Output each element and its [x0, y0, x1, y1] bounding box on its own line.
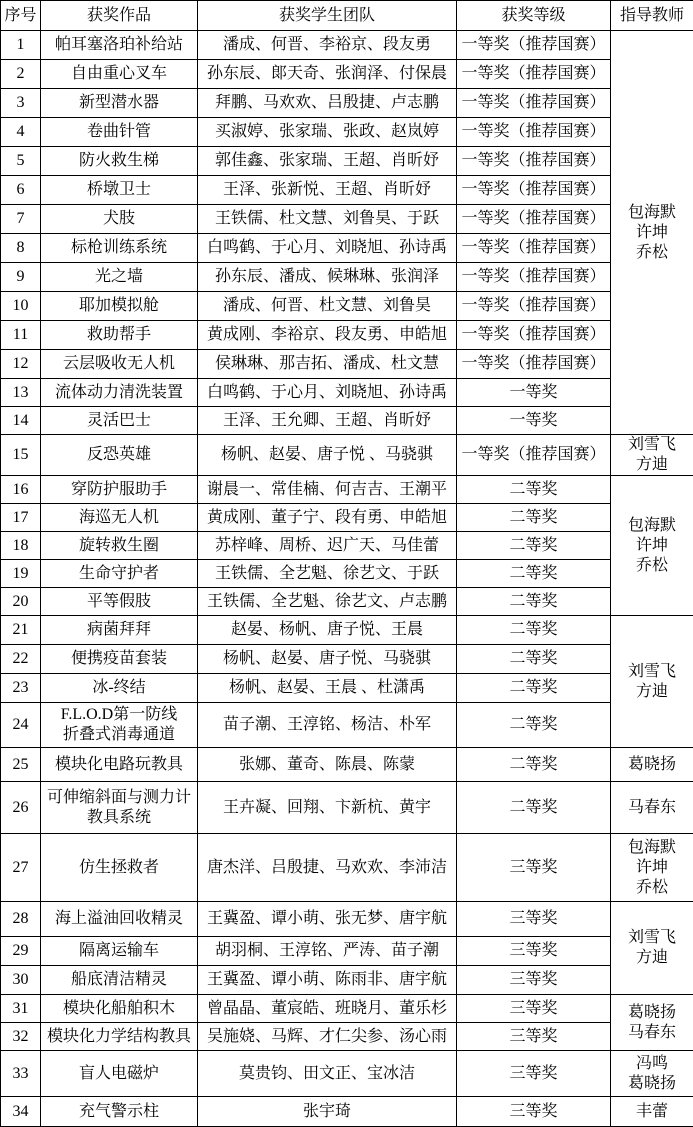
team-cell: 杨帆、赵晏、唐子悦 、马骁骐 [198, 435, 457, 476]
row-number-cell: 4 [1, 118, 41, 147]
team-cell: 唐杰洋、吕殷捷、马欢欢、李沛洁 [198, 834, 457, 902]
award-cell: 一等奖（推荐国赛） [457, 292, 611, 321]
team-cell: 莫贵钧、田文正、宝冰洁 [198, 1051, 457, 1097]
table-row: 34充气警示柱张宇琦三等奖丰蕾 [1, 1097, 693, 1127]
table-row: 18旋转救生圈苏梓峰、周桥、迟广天、马佳蕾二等奖 [1, 532, 693, 560]
table-row: 13流体动力清洗装置白鸣鹤、于心月、刘晓旭、孙诗禹一等奖 [1, 379, 693, 407]
work-cell: 自由重心叉车 [41, 60, 198, 89]
table-row: 28海上溢油回收精灵王冀盈、谭小萌、张无梦、唐宇航三等奖刘雪飞 方迪 [1, 902, 693, 937]
work-cell: 新型潜水器 [41, 89, 198, 118]
table-row: 21病菌拜拜赵晏、杨帆、唐子悦、王晨二等奖刘雪飞 方迪 [1, 616, 693, 645]
row-number-cell: 21 [1, 616, 41, 645]
row-number-cell: 15 [1, 435, 41, 476]
work-cell: 仿生拯救者 [41, 834, 198, 902]
table-row: 2自由重心叉车孙东辰、郞天奇、张润泽、付保晨一等奖（推荐国赛） [1, 60, 693, 89]
award-cell: 二等奖 [457, 748, 611, 782]
row-number-cell: 16 [1, 476, 41, 504]
team-cell: 苗子潮、王淳铭、杨洁、朴军 [198, 703, 457, 748]
teacher-cell: 包海默 许坤 乔松 [611, 31, 693, 435]
team-cell: 侯琳琳、那吉拓、潘成、杜文慧 [198, 350, 457, 379]
teacher-cell: 冯鸣 葛晓扬 [611, 1051, 693, 1097]
row-number-cell: 28 [1, 902, 41, 937]
team-cell: 王铁儒、全艺魁、徐艺文、卢志鹏 [198, 588, 457, 616]
row-number-cell: 27 [1, 834, 41, 902]
team-cell: 曾晶晶、董宸皓、班晓月、董乐杉 [198, 995, 457, 1023]
table-row: 4卷曲针管买淑婷、张家瑞、张政、赵岚婷一等奖（推荐国赛） [1, 118, 693, 147]
team-cell: 吴施娆、马辉、才仁尖参、汤心雨 [198, 1023, 457, 1051]
teacher-cell: 丰蕾 [611, 1097, 693, 1127]
row-number-cell: 3 [1, 89, 41, 118]
row-number-cell: 2 [1, 60, 41, 89]
team-cell: 张娜、董奇、陈晨、陈蒙 [198, 748, 457, 782]
row-number-cell: 11 [1, 321, 41, 350]
table-row: 9光之墙孙东辰、潘成、候琳琳、张润泽一等奖（推荐国赛） [1, 263, 693, 292]
row-number-cell: 31 [1, 995, 41, 1023]
team-cell: 王冀盈、谭小萌、陈雨非、唐宇航 [198, 966, 457, 995]
teacher-cell: 包海默 许坤 乔松 [611, 834, 693, 902]
team-cell: 黄成刚、董子宁、段有勇、申皓旭 [198, 504, 457, 532]
teacher-cell: 包海默 许坤 乔松 [611, 476, 693, 616]
award-cell: 二等奖 [457, 616, 611, 645]
team-cell: 孙东辰、潘成、候琳琳、张润泽 [198, 263, 457, 292]
row-number-cell: 20 [1, 588, 41, 616]
work-cell: 反恐英雄 [41, 435, 198, 476]
header-row: 序号 获奖作品 获奖学生团队 获奖等级 指导教师 [1, 1, 693, 31]
teacher-cell: 马春东 [611, 782, 693, 834]
award-cell: 一等奖（推荐国赛） [457, 205, 611, 234]
team-cell: 王泽、王允卿、王超、肖昕妤 [198, 407, 457, 435]
team-cell: 王铁儒、杜文慧、刘鲁昊、于跃 [198, 205, 457, 234]
team-cell: 白鸣鹤、于心月、刘晓旭、孙诗禹 [198, 379, 457, 407]
work-cell: 病菌拜拜 [41, 616, 198, 645]
row-number-cell: 19 [1, 560, 41, 588]
award-cell: 一等奖（推荐国赛） [457, 263, 611, 292]
row-number-cell: 25 [1, 748, 41, 782]
table-row: 14灵活巴士王泽、王允卿、王超、肖昕妤一等奖 [1, 407, 693, 435]
award-cell: 一等奖（推荐国赛） [457, 435, 611, 476]
team-cell: 杨帆、赵晏、王晨 、杜潇禹 [198, 674, 457, 703]
table-row: 26可伸缩斜面与测力计 教具系统王卉凝、回翔、卞新杭、黄宇二等奖马春东 [1, 782, 693, 834]
award-cell: 二等奖 [457, 703, 611, 748]
award-cell: 一等奖（推荐国赛） [457, 350, 611, 379]
work-cell: 流体动力清洗装置 [41, 379, 198, 407]
row-number-cell: 12 [1, 350, 41, 379]
table-row: 31模块化船舶积木曾晶晶、董宸皓、班晓月、董乐杉三等奖葛晓扬 马春东 [1, 995, 693, 1023]
work-cell: 模块化船舶积木 [41, 995, 198, 1023]
team-cell: 孙东辰、郞天奇、张润泽、付保晨 [198, 60, 457, 89]
work-cell: 光之墙 [41, 263, 198, 292]
award-cell: 一等奖 [457, 379, 611, 407]
award-cell: 三等奖 [457, 1097, 611, 1127]
work-cell: 生命守护者 [41, 560, 198, 588]
award-cell: 二等奖 [457, 674, 611, 703]
table-row: 8标枪训练系统白鸣鹤、于心月、刘晓旭、孙诗禹一等奖（推荐国赛） [1, 234, 693, 263]
row-number-cell: 30 [1, 966, 41, 995]
row-number-cell: 34 [1, 1097, 41, 1127]
row-number-cell: 6 [1, 176, 41, 205]
table-row: 22便携疫苗套装杨帆、赵晏、唐子悦、马骁骐二等奖 [1, 645, 693, 674]
work-cell: 冰-终结 [41, 674, 198, 703]
table-row: 32模块化力学结构教具吴施娆、马辉、才仁尖参、汤心雨三等奖 [1, 1023, 693, 1051]
table-row: 6桥墩卫士王泽、张新悦、王超、肖昕妤一等奖（推荐国赛） [1, 176, 693, 205]
row-number-cell: 24 [1, 703, 41, 748]
award-cell: 一等奖（推荐国赛） [457, 147, 611, 176]
work-cell: 耶加模拟舱 [41, 292, 198, 321]
work-cell: 救助帮手 [41, 321, 198, 350]
team-cell: 胡羽桐、王淳铭、严涛、苗子潮 [198, 937, 457, 966]
table-row: 16穿防护服助手谢晨一、常佳楠、何吉吉、王潮平二等奖包海默 许坤 乔松 [1, 476, 693, 504]
work-cell: 海巡无人机 [41, 504, 198, 532]
teacher-cell: 葛晓扬 马春东 [611, 995, 693, 1051]
award-cell: 三等奖 [457, 902, 611, 937]
award-cell: 三等奖 [457, 966, 611, 995]
work-cell: 犬肢 [41, 205, 198, 234]
work-cell: 海上溢油回收精灵 [41, 902, 198, 937]
table-row: 24F.L.O.D第一防线 折叠式消毒通道苗子潮、王淳铭、杨洁、朴军二等奖 [1, 703, 693, 748]
table-row: 33盲人电磁炉莫贵钧、田文正、宝冰洁三等奖冯鸣 葛晓扬 [1, 1051, 693, 1097]
table-row: 1帕耳塞洛珀补给站潘成、何晋、李裕京、段友勇一等奖（推荐国赛）包海默 许坤 乔松 [1, 31, 693, 60]
header-award-winning-work: 获奖作品 [41, 1, 198, 31]
teacher-cell: 刘雪飞 方迪 [611, 435, 693, 476]
team-cell: 苏梓峰、周桥、迟广天、马佳蕾 [198, 532, 457, 560]
team-cell: 买淑婷、张家瑞、张政、赵岚婷 [198, 118, 457, 147]
award-cell: 三等奖 [457, 1023, 611, 1051]
work-cell: 旋转救生圈 [41, 532, 198, 560]
award-cell: 三等奖 [457, 937, 611, 966]
work-cell: 充气警示柱 [41, 1097, 198, 1127]
row-number-cell: 32 [1, 1023, 41, 1051]
work-cell: 帕耳塞洛珀补给站 [41, 31, 198, 60]
team-cell: 王泽、张新悦、王超、肖昕妤 [198, 176, 457, 205]
award-cell: 二等奖 [457, 588, 611, 616]
work-cell: 模块化电路玩教具 [41, 748, 198, 782]
team-cell: 王卉凝、回翔、卞新杭、黄宇 [198, 782, 457, 834]
header-award-level: 获奖等级 [457, 1, 611, 31]
table-row: 7犬肢王铁儒、杜文慧、刘鲁昊、于跃一等奖（推荐国赛） [1, 205, 693, 234]
award-cell: 一等奖（推荐国赛） [457, 234, 611, 263]
team-cell: 张宇琦 [198, 1097, 457, 1127]
team-cell: 郭佳鑫、张家瑞、王超、肖昕妤 [198, 147, 457, 176]
row-number-cell: 17 [1, 504, 41, 532]
award-cell: 二等奖 [457, 532, 611, 560]
row-number-cell: 9 [1, 263, 41, 292]
team-cell: 谢晨一、常佳楠、何吉吉、王潮平 [198, 476, 457, 504]
row-number-cell: 18 [1, 532, 41, 560]
row-number-cell: 5 [1, 147, 41, 176]
award-cell: 一等奖（推荐国赛） [457, 118, 611, 147]
header-student-team: 获奖学生团队 [198, 1, 457, 31]
award-cell: 二等奖 [457, 476, 611, 504]
work-cell: F.L.O.D第一防线 折叠式消毒通道 [41, 703, 198, 748]
table-row: 12云层吸收无人机侯琳琳、那吉拓、潘成、杜文慧一等奖（推荐国赛） [1, 350, 693, 379]
award-cell: 一等奖（推荐国赛） [457, 31, 611, 60]
work-cell: 防火救生梯 [41, 147, 198, 176]
team-cell: 黄成刚、李裕京、段友勇、申皓旭 [198, 321, 457, 350]
teacher-cell: 刘雪飞 方迪 [611, 902, 693, 995]
award-cell: 三等奖 [457, 1051, 611, 1097]
table-row: 23冰-终结杨帆、赵晏、王晨 、杜潇禹二等奖 [1, 674, 693, 703]
award-cell: 一等奖（推荐国赛） [457, 176, 611, 205]
table-body: 1帕耳塞洛珀补给站潘成、何晋、李裕京、段友勇一等奖（推荐国赛）包海默 许坤 乔松… [1, 31, 693, 1127]
work-cell: 便携疫苗套装 [41, 645, 198, 674]
table-row: 11救助帮手黄成刚、李裕京、段友勇、申皓旭一等奖（推荐国赛） [1, 321, 693, 350]
work-cell: 平等假肢 [41, 588, 198, 616]
awards-table: 序号 获奖作品 获奖学生团队 获奖等级 指导教师 1帕耳塞洛珀补给站潘成、何晋、… [0, 0, 693, 1127]
work-cell: 穿防护服助手 [41, 476, 198, 504]
row-number-cell: 7 [1, 205, 41, 234]
table-row: 27仿生拯救者唐杰洋、吕殷捷、马欢欢、李沛洁三等奖包海默 许坤 乔松 [1, 834, 693, 902]
work-cell: 卷曲针管 [41, 118, 198, 147]
work-cell: 船底清洁精灵 [41, 966, 198, 995]
teacher-cell: 葛晓扬 [611, 748, 693, 782]
work-cell: 模块化力学结构教具 [41, 1023, 198, 1051]
award-cell: 一等奖（推荐国赛） [457, 60, 611, 89]
award-cell: 二等奖 [457, 782, 611, 834]
row-number-cell: 1 [1, 31, 41, 60]
row-number-cell: 8 [1, 234, 41, 263]
header-serial-number: 序号 [1, 1, 41, 31]
work-cell: 盲人电磁炉 [41, 1051, 198, 1097]
award-cell: 二等奖 [457, 645, 611, 674]
team-cell: 白鸣鹤、于心月、刘晓旭、孙诗禹 [198, 234, 457, 263]
team-cell: 拜鹏、马欢欢、吕殷捷、卢志鹏 [198, 89, 457, 118]
row-number-cell: 33 [1, 1051, 41, 1097]
table-row: 15反恐英雄杨帆、赵晏、唐子悦 、马骁骐一等奖（推荐国赛）刘雪飞 方迪 [1, 435, 693, 476]
work-cell: 可伸缩斜面与测力计 教具系统 [41, 782, 198, 834]
row-number-cell: 14 [1, 407, 41, 435]
award-cell: 一等奖（推荐国赛） [457, 321, 611, 350]
table-row: 3新型潜水器拜鹏、马欢欢、吕殷捷、卢志鹏一等奖（推荐国赛） [1, 89, 693, 118]
table-row: 25模块化电路玩教具张娜、董奇、陈晨、陈蒙二等奖葛晓扬 [1, 748, 693, 782]
work-cell: 隔离运输车 [41, 937, 198, 966]
table-row: 19生命守护者王铁儒、全艺魁、徐艺文、于跃二等奖 [1, 560, 693, 588]
award-cell: 一等奖（推荐国赛） [457, 89, 611, 118]
team-cell: 潘成、何晋、杜文慧、刘鲁昊 [198, 292, 457, 321]
work-cell: 云层吸收无人机 [41, 350, 198, 379]
award-cell: 二等奖 [457, 504, 611, 532]
team-cell: 潘成、何晋、李裕京、段友勇 [198, 31, 457, 60]
row-number-cell: 22 [1, 645, 41, 674]
table-row: 10耶加模拟舱潘成、何晋、杜文慧、刘鲁昊一等奖（推荐国赛） [1, 292, 693, 321]
header-advising-teacher: 指导教师 [611, 1, 693, 31]
row-number-cell: 29 [1, 937, 41, 966]
table-row: 5防火救生梯郭佳鑫、张家瑞、王超、肖昕妤一等奖（推荐国赛） [1, 147, 693, 176]
award-cell: 三等奖 [457, 995, 611, 1023]
team-cell: 杨帆、赵晏、唐子悦、马骁骐 [198, 645, 457, 674]
award-cell: 二等奖 [457, 560, 611, 588]
table-row: 29隔离运输车胡羽桐、王淳铭、严涛、苗子潮三等奖 [1, 937, 693, 966]
award-cell: 一等奖 [457, 407, 611, 435]
row-number-cell: 26 [1, 782, 41, 834]
award-cell: 三等奖 [457, 834, 611, 902]
team-cell: 王铁儒、全艺魁、徐艺文、于跃 [198, 560, 457, 588]
team-cell: 王冀盈、谭小萌、张无梦、唐宇航 [198, 902, 457, 937]
row-number-cell: 13 [1, 379, 41, 407]
table-row: 20平等假肢王铁儒、全艺魁、徐艺文、卢志鹏二等奖 [1, 588, 693, 616]
row-number-cell: 23 [1, 674, 41, 703]
work-cell: 桥墩卫士 [41, 176, 198, 205]
work-cell: 灵活巴士 [41, 407, 198, 435]
row-number-cell: 10 [1, 292, 41, 321]
work-cell: 标枪训练系统 [41, 234, 198, 263]
table-row: 30船底清洁精灵王冀盈、谭小萌、陈雨非、唐宇航三等奖 [1, 966, 693, 995]
teacher-cell: 刘雪飞 方迪 [611, 616, 693, 748]
table-row: 17海巡无人机黄成刚、董子宁、段有勇、申皓旭二等奖 [1, 504, 693, 532]
team-cell: 赵晏、杨帆、唐子悦、王晨 [198, 616, 457, 645]
